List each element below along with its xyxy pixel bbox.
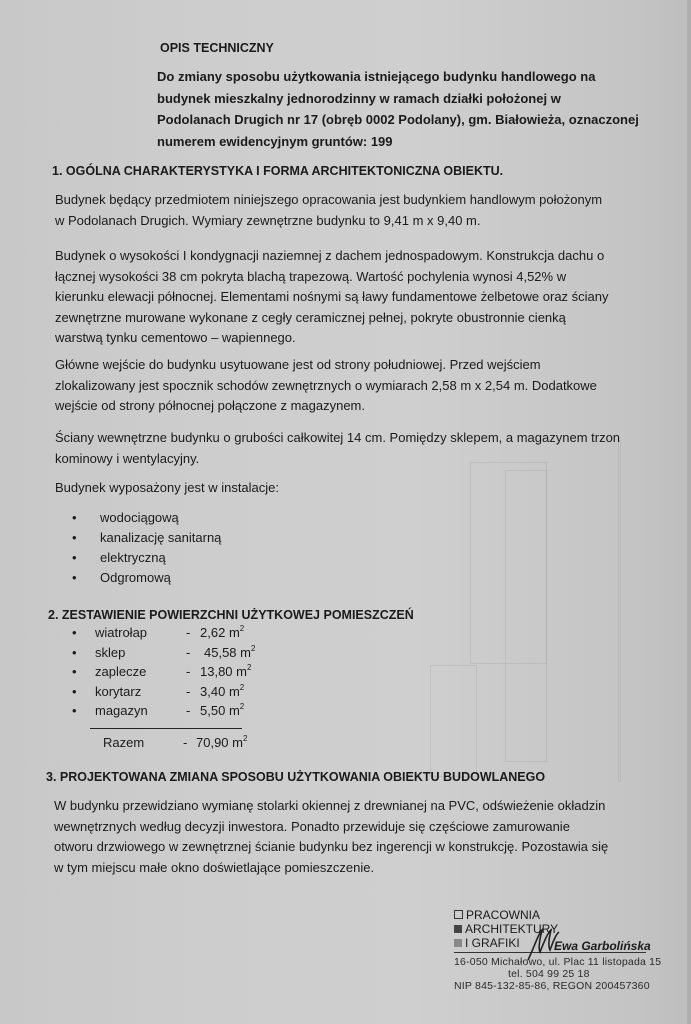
stamp-ids: NIP 845-132-85-86, REGON 200457360	[454, 980, 650, 992]
list-item-label: wodociągową	[100, 508, 179, 528]
paragraph-line: łącznej wysokości 38 cm pokryta blachą t…	[55, 267, 655, 288]
room-area: 5,50 m2	[200, 701, 244, 721]
section-1-heading: 1. OGÓLNA CHARAKTERYSTYKA I FORMA ARCHIT…	[52, 161, 503, 181]
area-value: 70,90	[196, 735, 229, 750]
room-name: korytarz	[95, 682, 141, 702]
stamp-text: PRACOWNIA	[466, 908, 540, 922]
square-grey-icon	[454, 939, 462, 947]
section-2-heading: 2. ZESTAWIENIE POWIERZCHNI UŻYTKOWEJ POM…	[48, 605, 414, 625]
stamp-text: I GRAFIKI	[465, 936, 520, 950]
bullet-icon: •	[72, 682, 77, 702]
bullet-icon: •	[72, 508, 86, 528]
section-1-paragraph-3: Główne wejście do budynku usytuowane jes…	[55, 355, 655, 417]
subtitle-line: budynek mieszkalny jednorodzinny w ramac…	[157, 88, 627, 110]
room-name: magazyn	[95, 701, 148, 721]
paragraph-line: zewnętrzne murowane wykonane z cegły cer…	[55, 308, 655, 329]
paragraph-line: zlokalizowany jest spocznik schodów zewn…	[55, 376, 655, 397]
bullet-icon: •	[72, 528, 86, 548]
section-3-paragraph: W budynku przewidziano wymianę stolarki …	[54, 796, 654, 878]
paragraph-line: wewnętrznych według decyzji inwestora. P…	[54, 817, 654, 838]
paragraph-line: w Podolanach Drugich. Wymiary zewnętrzne…	[55, 211, 655, 232]
architect-name: Ewa Garbolińska	[554, 939, 651, 953]
unit: m	[240, 645, 251, 660]
unit-exponent: 2	[240, 683, 244, 692]
paragraph-line: kierunku elewacji północnej. Elementami …	[55, 287, 655, 308]
room-area: 2,62 m2	[200, 623, 244, 643]
unit: m	[236, 664, 247, 679]
separator: -	[186, 623, 190, 643]
square-outline-icon	[454, 910, 463, 919]
area-value: 3,40	[200, 684, 225, 699]
stamp-line-3: I GRAFIKI	[454, 936, 520, 950]
stamp-line-1: PRACOWNIA	[454, 908, 540, 922]
sum-divider	[90, 728, 242, 729]
room-name: zaplecze	[95, 662, 146, 682]
area-value: 5,50	[200, 703, 225, 718]
unit-exponent: 2	[243, 734, 247, 743]
total-area: 70,90 m2	[196, 735, 247, 750]
unit-exponent: 2	[251, 644, 255, 653]
square-filled-icon	[454, 925, 462, 933]
subtitle-line: Podolanach Drugich nr 17 (obręb 0002 Pod…	[157, 109, 627, 131]
paragraph-line: wejście od strony północnej połączone z …	[55, 396, 655, 417]
subtitle-line: Do zmiany sposobu użytkowania istniejące…	[157, 66, 627, 88]
paragraph-line: w tym miejscu małe okno doświetlające po…	[54, 858, 654, 879]
list-item-label: Odgromową	[100, 568, 171, 588]
signature-icon	[524, 924, 564, 964]
bleed-through-drawing	[505, 470, 547, 762]
document-title: OPIS TECHNICZNY	[160, 38, 274, 58]
total-row: Razem - 70,90 m2	[103, 735, 144, 750]
area-value: 45,58	[204, 645, 237, 660]
unit: m	[229, 703, 240, 718]
section-3-heading: 3. PROJEKTOWANA ZMIANA SPOSOBU UŻYTKOWAN…	[46, 767, 545, 787]
bullet-icon: •	[72, 548, 86, 568]
paragraph-line: Ściany wewnętrzne budynku o grubości cał…	[55, 428, 655, 449]
separator: -	[186, 643, 190, 663]
paragraph-line: otworu drzwiowego w zewnętrznej ścianie …	[54, 837, 654, 858]
paragraph-line: Główne wejście do budynku usytuowane jes…	[55, 355, 655, 376]
section-1-paragraph-1: Budynek będący przedmiotem niniejszego o…	[55, 190, 655, 231]
subtitle-line: numerem ewidencyjnym gruntów: 199	[157, 131, 627, 153]
room-area: 13,80 m2	[200, 662, 251, 682]
section-1-paragraph-5: Budynek wyposażony jest w instalacje:	[55, 478, 655, 499]
paragraph-line: kominowy i wentylacyjny.	[55, 449, 655, 470]
paragraph-line: Budynek wyposażony jest w instalacje:	[55, 478, 655, 499]
bullet-icon: •	[72, 568, 86, 588]
section-1-paragraph-2: Budynek o wysokości I kondygnacji naziem…	[55, 246, 655, 349]
room-name: wiatrołap	[95, 623, 147, 643]
list-item-label: elektryczną	[100, 548, 166, 568]
room-area: 3,40 m2	[200, 682, 244, 702]
paragraph-line: Budynek o wysokości I kondygnacji naziem…	[55, 246, 655, 267]
separator: -	[186, 662, 190, 682]
room-name: sklep	[95, 643, 125, 663]
unit-exponent: 2	[240, 702, 244, 711]
paragraph-line: W budynku przewidziano wymianę stolarki …	[54, 796, 654, 817]
unit: m	[229, 625, 240, 640]
bullet-icon: •	[72, 623, 77, 643]
unit: m	[232, 735, 243, 750]
scanned-page: OPIS TECHNICZNY Do zmiany sposobu użytko…	[0, 0, 691, 1024]
unit: m	[229, 684, 240, 699]
document-subtitle: Do zmiany sposobu użytkowania istniejące…	[157, 66, 627, 152]
section-1-paragraph-4: Ściany wewnętrzne budynku o grubości cał…	[55, 428, 655, 469]
bullet-icon: •	[72, 701, 77, 721]
paragraph-line: Budynek będący przedmiotem niniejszego o…	[55, 190, 655, 211]
total-label: Razem	[103, 735, 144, 750]
stamp-phone: tel. 504 99 25 18	[508, 968, 590, 980]
separator: -	[186, 682, 190, 702]
unit-exponent: 2	[240, 624, 244, 633]
area-value: 13,80	[200, 664, 233, 679]
separator: -	[183, 735, 187, 750]
bleed-through-drawing	[430, 665, 477, 777]
page-edge	[687, 0, 691, 1024]
area-value: 2,62	[200, 625, 225, 640]
unit-exponent: 2	[247, 663, 251, 672]
paragraph-line: warstwą tynku cementowo – wapiennego.	[55, 328, 655, 349]
bullet-icon: •	[72, 643, 77, 663]
bullet-icon: •	[72, 662, 77, 682]
separator: -	[186, 701, 190, 721]
room-area: 45,58 m2	[204, 643, 255, 663]
list-item-label: kanalizację sanitarną	[100, 528, 221, 548]
